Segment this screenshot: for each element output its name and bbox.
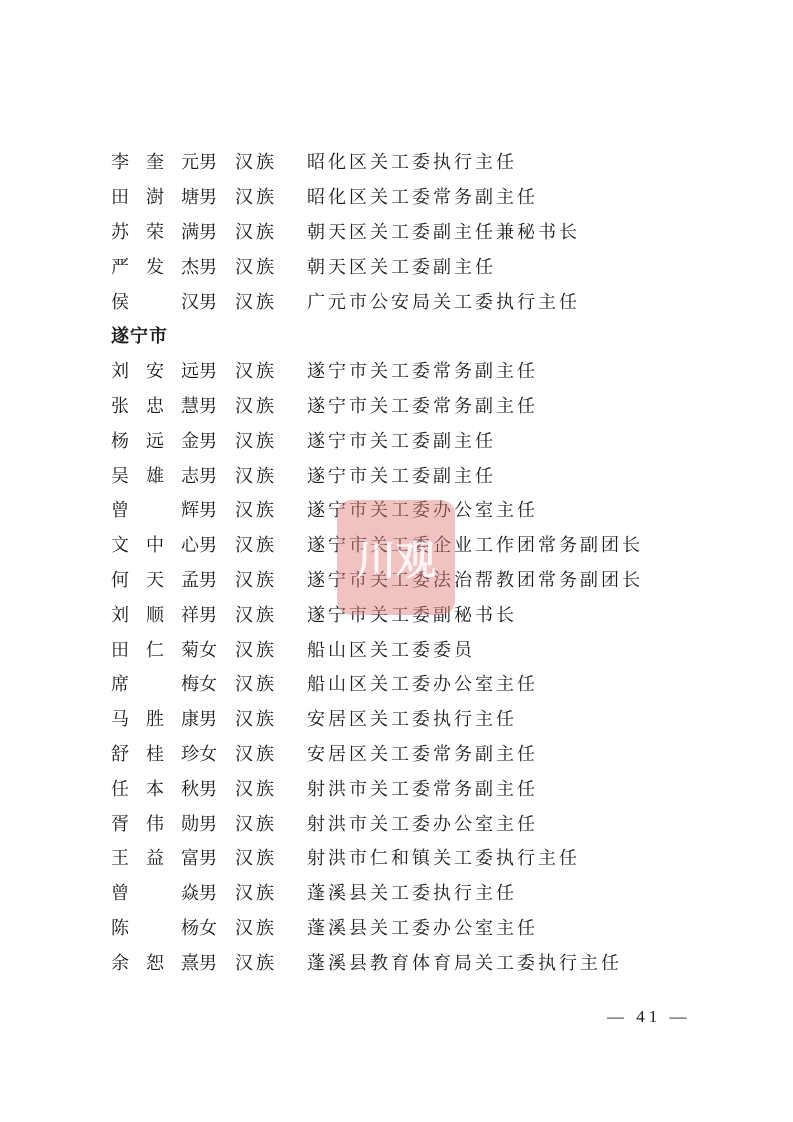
person-gender: 男 xyxy=(199,775,235,801)
name-char: 吴 xyxy=(111,462,129,488)
person-title: 射洪市关工委常务副主任 xyxy=(307,775,538,801)
person-title: 昭化区关工委常务副主任 xyxy=(307,183,538,209)
name-char: 发 xyxy=(146,253,164,279)
person-ethnicity: 汉族 xyxy=(235,914,295,940)
list-item: 李奎元男汉族昭化区关工委执行主任 xyxy=(111,144,643,179)
person-name: 刘安远 xyxy=(111,357,199,383)
watermark-logo: 川观 xyxy=(337,500,455,615)
person-name: 曾焱 xyxy=(111,879,199,905)
person-title: 船山区关工委办公室主任 xyxy=(307,670,538,696)
name-char: 志 xyxy=(181,462,199,488)
person-gender: 男 xyxy=(199,288,235,314)
name-char: 远 xyxy=(181,357,199,383)
list-item: 杨远金男汉族遂宁市关工委副主任 xyxy=(111,422,643,457)
list-item: 席梅女汉族船山区关工委办公室主任 xyxy=(111,666,643,701)
name-char: 田 xyxy=(111,636,129,662)
person-ethnicity: 汉族 xyxy=(235,148,295,174)
person-name: 文中心 xyxy=(111,531,199,557)
name-char: 胥 xyxy=(111,810,129,836)
person-title: 朝天区关工委副主任 xyxy=(307,253,496,279)
person-name: 田仁菊 xyxy=(111,636,199,662)
person-gender: 男 xyxy=(199,601,235,627)
person-title: 蓬溪县关工委办公室主任 xyxy=(307,914,538,940)
person-name: 曾辉 xyxy=(111,496,199,522)
name-char: 刘 xyxy=(111,601,129,627)
person-ethnicity: 汉族 xyxy=(235,670,295,696)
name-char: 王 xyxy=(111,844,129,870)
name-char: 席 xyxy=(111,670,129,696)
name-char: 益 xyxy=(146,844,164,870)
person-ethnicity: 汉族 xyxy=(235,566,295,592)
name-char: 祥 xyxy=(181,601,199,627)
list-item: 马胜康男汉族安居区关工委执行主任 xyxy=(111,701,643,736)
page-number: — 41 — xyxy=(607,1007,691,1027)
name-char: 李 xyxy=(111,148,129,174)
person-ethnicity: 汉族 xyxy=(235,462,295,488)
name-char: 任 xyxy=(111,775,129,801)
person-name: 舒桂珍 xyxy=(111,740,199,766)
person-gender: 男 xyxy=(199,218,235,244)
person-ethnicity: 汉族 xyxy=(235,775,295,801)
person-name: 刘顺祥 xyxy=(111,601,199,627)
person-ethnicity: 汉族 xyxy=(235,218,295,244)
list-item: 王益富男汉族射洪市仁和镇关工委执行主任 xyxy=(111,840,643,875)
name-char: 康 xyxy=(181,705,199,731)
person-title: 船山区关工委委员 xyxy=(307,636,475,662)
person-title: 朝天区关工委副主任兼秘书长 xyxy=(307,218,580,244)
name-char: 陈 xyxy=(111,914,129,940)
name-char: 满 xyxy=(181,218,199,244)
person-title: 安居区关工委执行主任 xyxy=(307,705,517,731)
person-title: 蓬溪县关工委执行主任 xyxy=(307,879,517,905)
name-char: 杨 xyxy=(111,427,129,453)
name-char: 文 xyxy=(111,531,129,557)
name-char: 曾 xyxy=(111,496,129,522)
person-name: 吴雄志 xyxy=(111,462,199,488)
name-char: 何 xyxy=(111,566,129,592)
name-char: 远 xyxy=(146,427,164,453)
person-gender: 男 xyxy=(199,183,235,209)
person-ethnicity: 汉族 xyxy=(235,531,295,557)
list-item: 余恕熹男汉族蓬溪县教育体育局关工委执行主任 xyxy=(111,944,643,979)
name-char: 奎 xyxy=(146,148,164,174)
person-name: 陈杨 xyxy=(111,914,199,940)
person-name: 张忠慧 xyxy=(111,392,199,418)
name-char: 舒 xyxy=(111,740,129,766)
name-char: 刘 xyxy=(111,357,129,383)
person-gender: 男 xyxy=(199,253,235,279)
name-char: 澍 xyxy=(146,183,164,209)
person-gender: 女 xyxy=(199,740,235,766)
name-char: 汉 xyxy=(181,288,199,314)
name-char: 侯 xyxy=(111,288,129,314)
person-name: 马胜康 xyxy=(111,705,199,731)
person-name: 李奎元 xyxy=(111,148,199,174)
person-ethnicity: 汉族 xyxy=(235,392,295,418)
person-name: 杨远金 xyxy=(111,427,199,453)
person-gender: 男 xyxy=(199,148,235,174)
person-gender: 男 xyxy=(199,427,235,453)
name-char: 仁 xyxy=(146,636,164,662)
person-ethnicity: 汉族 xyxy=(235,183,295,209)
person-gender: 男 xyxy=(199,566,235,592)
person-ethnicity: 汉族 xyxy=(235,879,295,905)
person-gender: 女 xyxy=(199,914,235,940)
person-ethnicity: 汉族 xyxy=(235,427,295,453)
name-char: 本 xyxy=(146,775,164,801)
name-char: 马 xyxy=(111,705,129,731)
name-char: 杰 xyxy=(181,253,199,279)
name-char: 辉 xyxy=(181,496,199,522)
list-item: 侯汉男汉族广元市公安局关工委执行主任 xyxy=(111,283,643,318)
name-char: 雄 xyxy=(146,462,164,488)
person-gender: 男 xyxy=(199,879,235,905)
name-char: 伟 xyxy=(146,810,164,836)
name-char: 杨 xyxy=(181,914,199,940)
name-char: 余 xyxy=(111,949,129,975)
list-item: 舒桂珍女汉族安居区关工委常务副主任 xyxy=(111,736,643,771)
person-ethnicity: 汉族 xyxy=(235,844,295,870)
name-char: 天 xyxy=(146,566,164,592)
person-ethnicity: 汉族 xyxy=(235,949,295,975)
name-char: 曾 xyxy=(111,879,129,905)
person-gender: 男 xyxy=(199,392,235,418)
name-char: 苏 xyxy=(111,218,129,244)
person-title: 遂宁市关工委常务副主任 xyxy=(307,392,538,418)
name-char: 金 xyxy=(181,427,199,453)
list-item: 田仁菊女汉族船山区关工委委员 xyxy=(111,631,643,666)
person-title: 蓬溪县教育体育局关工委执行主任 xyxy=(307,949,622,975)
person-gender: 女 xyxy=(199,670,235,696)
person-name: 侯汉 xyxy=(111,288,199,314)
person-gender: 男 xyxy=(199,357,235,383)
person-ethnicity: 汉族 xyxy=(235,601,295,627)
person-name: 何天孟 xyxy=(111,566,199,592)
person-ethnicity: 汉族 xyxy=(235,357,295,383)
person-ethnicity: 汉族 xyxy=(235,810,295,836)
person-title: 广元市公安局关工委执行主任 xyxy=(307,288,580,314)
person-name: 席梅 xyxy=(111,670,199,696)
list-item: 张忠慧男汉族遂宁市关工委常务副主任 xyxy=(111,388,643,423)
person-gender: 男 xyxy=(199,949,235,975)
section-heading: 遂宁市 xyxy=(111,318,643,353)
name-char: 塘 xyxy=(181,183,199,209)
name-char: 孟 xyxy=(181,566,199,592)
person-ethnicity: 汉族 xyxy=(235,288,295,314)
person-title: 射洪市仁和镇关工委执行主任 xyxy=(307,844,580,870)
person-name: 严发杰 xyxy=(111,253,199,279)
name-char: 珍 xyxy=(181,740,199,766)
person-name: 苏荣满 xyxy=(111,218,199,244)
name-char: 心 xyxy=(181,531,199,557)
person-ethnicity: 汉族 xyxy=(235,636,295,662)
name-char: 顺 xyxy=(146,601,164,627)
person-title: 安居区关工委常务副主任 xyxy=(307,740,538,766)
person-title: 遂宁市关工委常务副主任 xyxy=(307,357,538,383)
name-char: 梅 xyxy=(181,670,199,696)
name-char: 胜 xyxy=(146,705,164,731)
person-gender: 男 xyxy=(199,705,235,731)
name-char: 菊 xyxy=(181,636,199,662)
person-ethnicity: 汉族 xyxy=(235,496,295,522)
person-gender: 男 xyxy=(199,531,235,557)
list-item: 任本秋男汉族射洪市关工委常务副主任 xyxy=(111,770,643,805)
name-char: 忠 xyxy=(146,392,164,418)
person-gender: 男 xyxy=(199,844,235,870)
person-gender: 男 xyxy=(199,496,235,522)
name-char: 荣 xyxy=(146,218,164,244)
person-ethnicity: 汉族 xyxy=(235,253,295,279)
name-char: 熹 xyxy=(181,949,199,975)
name-char: 严 xyxy=(111,253,129,279)
person-title: 遂宁市关工委副主任 xyxy=(307,427,496,453)
name-char: 秋 xyxy=(181,775,199,801)
list-item: 曾焱男汉族蓬溪县关工委执行主任 xyxy=(111,875,643,910)
list-item: 胥伟勋男汉族射洪市关工委办公室主任 xyxy=(111,805,643,840)
person-name: 胥伟勋 xyxy=(111,810,199,836)
person-title: 射洪市关工委办公室主任 xyxy=(307,810,538,836)
name-char: 安 xyxy=(146,357,164,383)
name-char: 张 xyxy=(111,392,129,418)
person-title: 昭化区关工委执行主任 xyxy=(307,148,517,174)
name-char: 慧 xyxy=(181,392,199,418)
person-name: 余恕熹 xyxy=(111,949,199,975)
list-item: 苏荣满男汉族朝天区关工委副主任兼秘书长 xyxy=(111,214,643,249)
name-char: 恕 xyxy=(146,949,164,975)
person-gender: 男 xyxy=(199,810,235,836)
person-gender: 男 xyxy=(199,462,235,488)
list-item: 陈杨女汉族蓬溪县关工委办公室主任 xyxy=(111,910,643,945)
person-name: 田澍塘 xyxy=(111,183,199,209)
name-char: 中 xyxy=(146,531,164,557)
list-item: 刘安远男汉族遂宁市关工委常务副主任 xyxy=(111,353,643,388)
name-char: 桂 xyxy=(146,740,164,766)
person-name: 任本秋 xyxy=(111,775,199,801)
name-char: 勋 xyxy=(181,810,199,836)
list-item: 田澍塘男汉族昭化区关工委常务副主任 xyxy=(111,179,643,214)
name-char: 元 xyxy=(181,148,199,174)
name-char: 焱 xyxy=(181,879,199,905)
person-name: 王益富 xyxy=(111,844,199,870)
person-ethnicity: 汉族 xyxy=(235,705,295,731)
list-item: 吴雄志男汉族遂宁市关工委副主任 xyxy=(111,457,643,492)
list-item: 严发杰男汉族朝天区关工委副主任 xyxy=(111,248,643,283)
name-char: 田 xyxy=(111,183,129,209)
name-char: 富 xyxy=(181,844,199,870)
person-gender: 女 xyxy=(199,636,235,662)
person-title: 遂宁市关工委副主任 xyxy=(307,462,496,488)
person-ethnicity: 汉族 xyxy=(235,740,295,766)
